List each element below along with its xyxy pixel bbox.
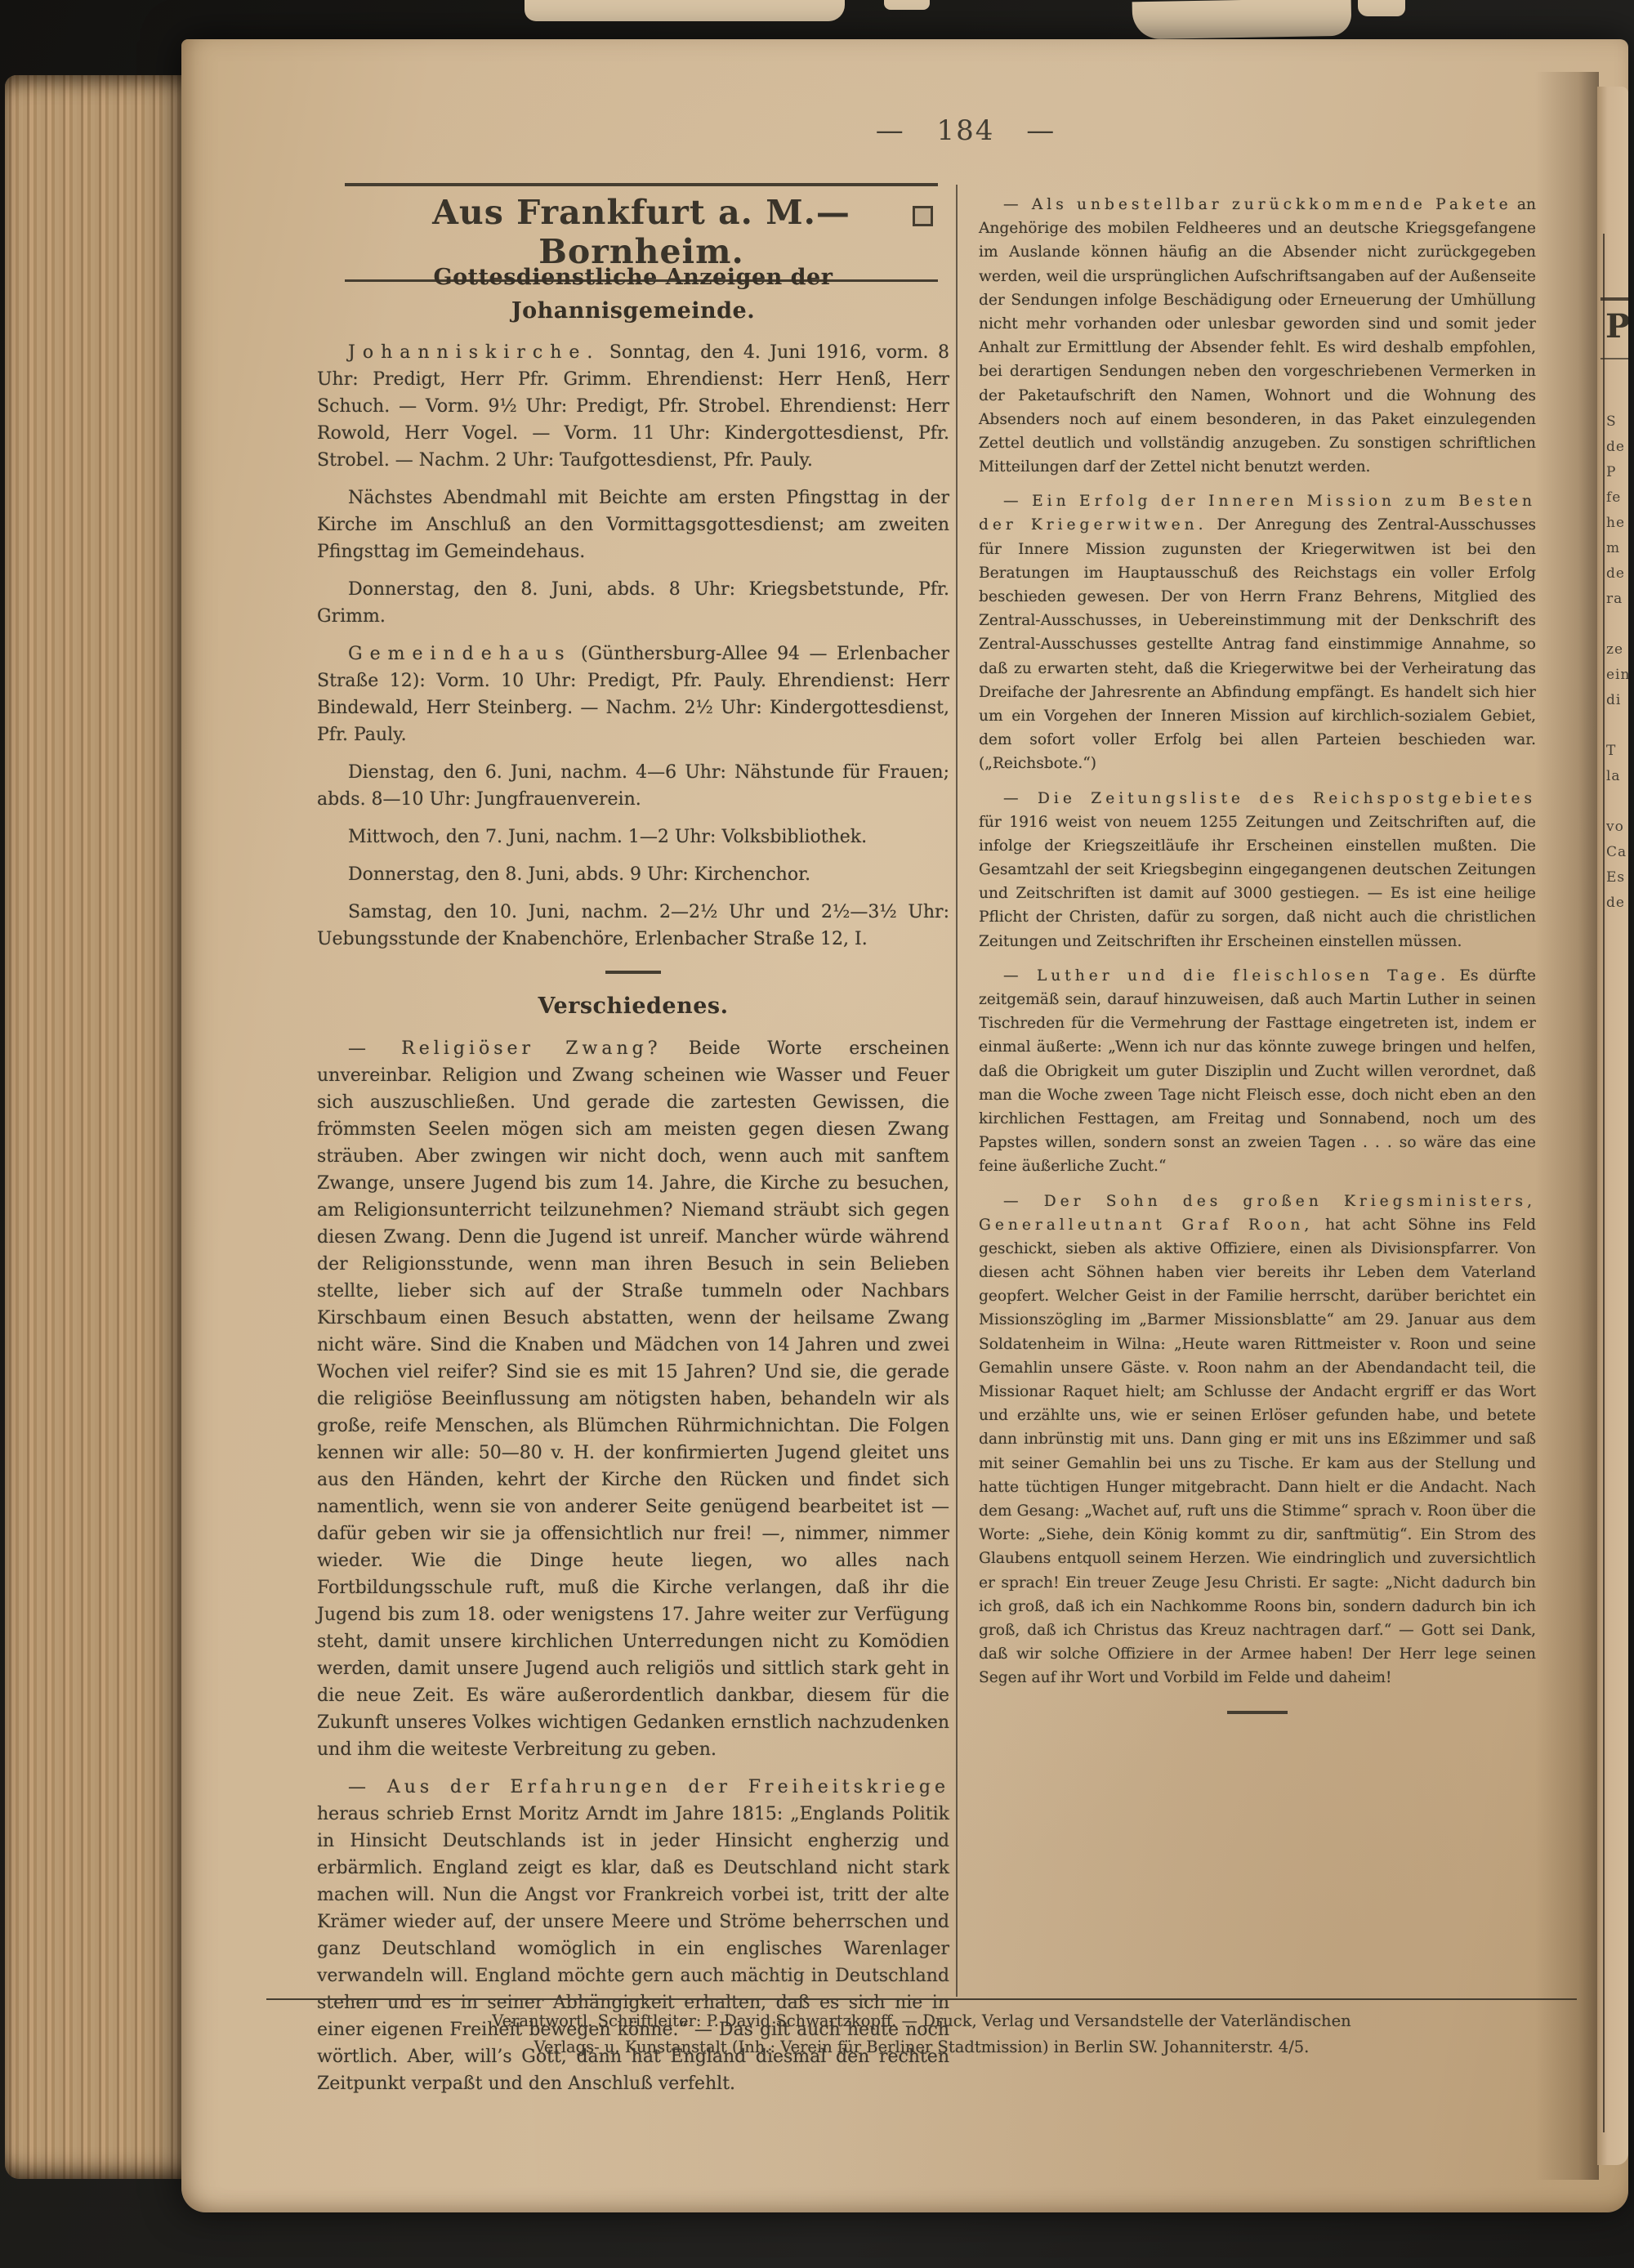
paragraph-lead: Johanniskirche. [348, 342, 600, 363]
paragraph: Samstag, den 10. Juni, nachm. 2—2½ Uhr u… [317, 899, 949, 953]
paragraph: — Die Zeitungsliste des Reichspostgebiet… [979, 787, 1536, 953]
paragraph-text: hat acht Söhne ins Feld geschickt, siebe… [979, 1217, 1536, 1687]
left-column: Gottesdienstliche Anzeigen der Johannisg… [317, 257, 949, 2108]
paragraph: Johanniskirche. Sonntag, den 4. Juni 191… [317, 339, 949, 474]
right-column: — Als unbestellbar zurückkommende Pakete… [979, 193, 1536, 1714]
paragraph-text: Donnerstag, den 8. Juni, abds. 8 Uhr: Kr… [317, 579, 949, 627]
paragraph: Nächstes Abendmahl mit Beichte am ersten… [317, 484, 949, 565]
paragraph-text: Mittwoch, den 7. Juni, nachm. 1—2 Uhr: V… [348, 827, 867, 847]
paragraph: Gemeindehaus (Günthersburg-Allee 94 — Er… [317, 641, 949, 748]
torn-paper-fragment [1358, 0, 1405, 16]
paragraph-lead: — Als unbestellbar zurückkommende Pakete [1003, 196, 1512, 213]
paragraph-text: Beide Worte erscheinen unvereinbar. Reli… [317, 1038, 949, 1760]
paragraph-text: Dienstag, den 6. Juni, nachm. 4—6 Uhr: N… [317, 762, 949, 810]
section-heading-misc: Verschiedenes. [317, 990, 949, 1024]
paragraph-text: an Angehörige des mobilen Feldheeres und… [979, 196, 1536, 475]
paragraph-text: Donnerstag, den 8. Juni, abds. 9 Uhr: Ki… [348, 864, 810, 885]
adjacent-page-edge: P S de P fe he m de ra ze ein di T la vo… [1597, 87, 1628, 2165]
column-divider-rule [956, 185, 958, 1997]
torn-paper-fragment [884, 0, 930, 10]
scanned-book-photo: { "page": { "number_display": "— 184 —",… [0, 0, 1634, 2268]
paragraph-text: für 1916 weist von neuem 1255 Zeitungen … [979, 814, 1536, 950]
adjacent-page-rule [1603, 234, 1605, 2132]
paragraph: Donnerstag, den 8. Juni, abds. 8 Uhr: Kr… [317, 576, 949, 630]
paragraph: Donnerstag, den 8. Juni, abds. 9 Uhr: Ki… [317, 861, 949, 888]
paragraph-lead: — Aus der Erfahrungen der Freiheitskrieg… [348, 1777, 949, 1797]
paragraph-lead: Gemeindehaus [348, 644, 572, 664]
paragraph-lead: — Luther und die fleischlosen Tage. [1003, 967, 1449, 984]
paragraph-text: Der Anregung des Zentral-Ausschusses für… [979, 516, 1536, 772]
paragraph-text: Nächstes Abendmahl mit Beichte am ersten… [317, 488, 949, 562]
section-heading-services: Gottesdienstliche Anzeigen der Johannisg… [317, 261, 949, 328]
paragraph: — Als unbestellbar zurückkommende Pakete… [979, 193, 1536, 479]
end-divider [1227, 1711, 1288, 1714]
torn-paper-fragment [1132, 0, 1352, 39]
adjacent-page-masthead-fragment: P [1605, 307, 1628, 346]
section-divider [605, 971, 661, 974]
book-page-edges [5, 75, 186, 2179]
torn-paper-fragment [525, 0, 845, 21]
adjacent-page-masthead-rule [1601, 358, 1628, 359]
adjacent-page-masthead-rule [1601, 297, 1628, 301]
masthead-end-box-icon [913, 206, 933, 226]
paragraph: — Ein Erfolg der Inneren Mission zum Bes… [979, 489, 1536, 775]
page-gutter-shadow [1535, 72, 1599, 2180]
paragraph: — Luther und die fleischlosen Tage. Es d… [979, 964, 1536, 1179]
paragraph-lead: — Die Zeitungsliste des Reichspostgebiet… [1003, 790, 1536, 807]
paragraph: Dienstag, den 6. Juni, nachm. 4—6 Uhr: N… [317, 759, 949, 813]
paragraph: Mittwoch, den 7. Juni, nachm. 1—2 Uhr: V… [317, 824, 949, 850]
paragraph-text: Samstag, den 10. Juni, nachm. 2—2½ Uhr u… [317, 902, 949, 949]
page-number: — 184 — [639, 114, 1292, 147]
imprint-line-2: Verlags- u. Kunstanstalt (Inh.: Verein f… [266, 2034, 1577, 2060]
paragraph-lead: — Religiöser Zwang? [348, 1038, 662, 1059]
paragraph: — Religiöser Zwang? Beide Worte erschein… [317, 1035, 949, 1763]
imprint-line-1: Verantwortl. Schriftleiter: P. David Sch… [266, 2008, 1577, 2034]
paragraph-text: Es dürfte zeitgemäß sein, darauf hinzuwe… [979, 967, 1536, 1176]
paragraph: — Der Sohn des großen Kriegsministers, G… [979, 1190, 1536, 1690]
scanned-page: — 184 — Aus Frankfurt a. M.—Bornheim. Go… [181, 39, 1628, 2212]
imprint-footer: Verantwortl. Schriftleiter: P. David Sch… [266, 1998, 1577, 2060]
adjacent-page-text-fragments: S de P fe he m de ra ze ein di T la vo C… [1606, 409, 1628, 916]
